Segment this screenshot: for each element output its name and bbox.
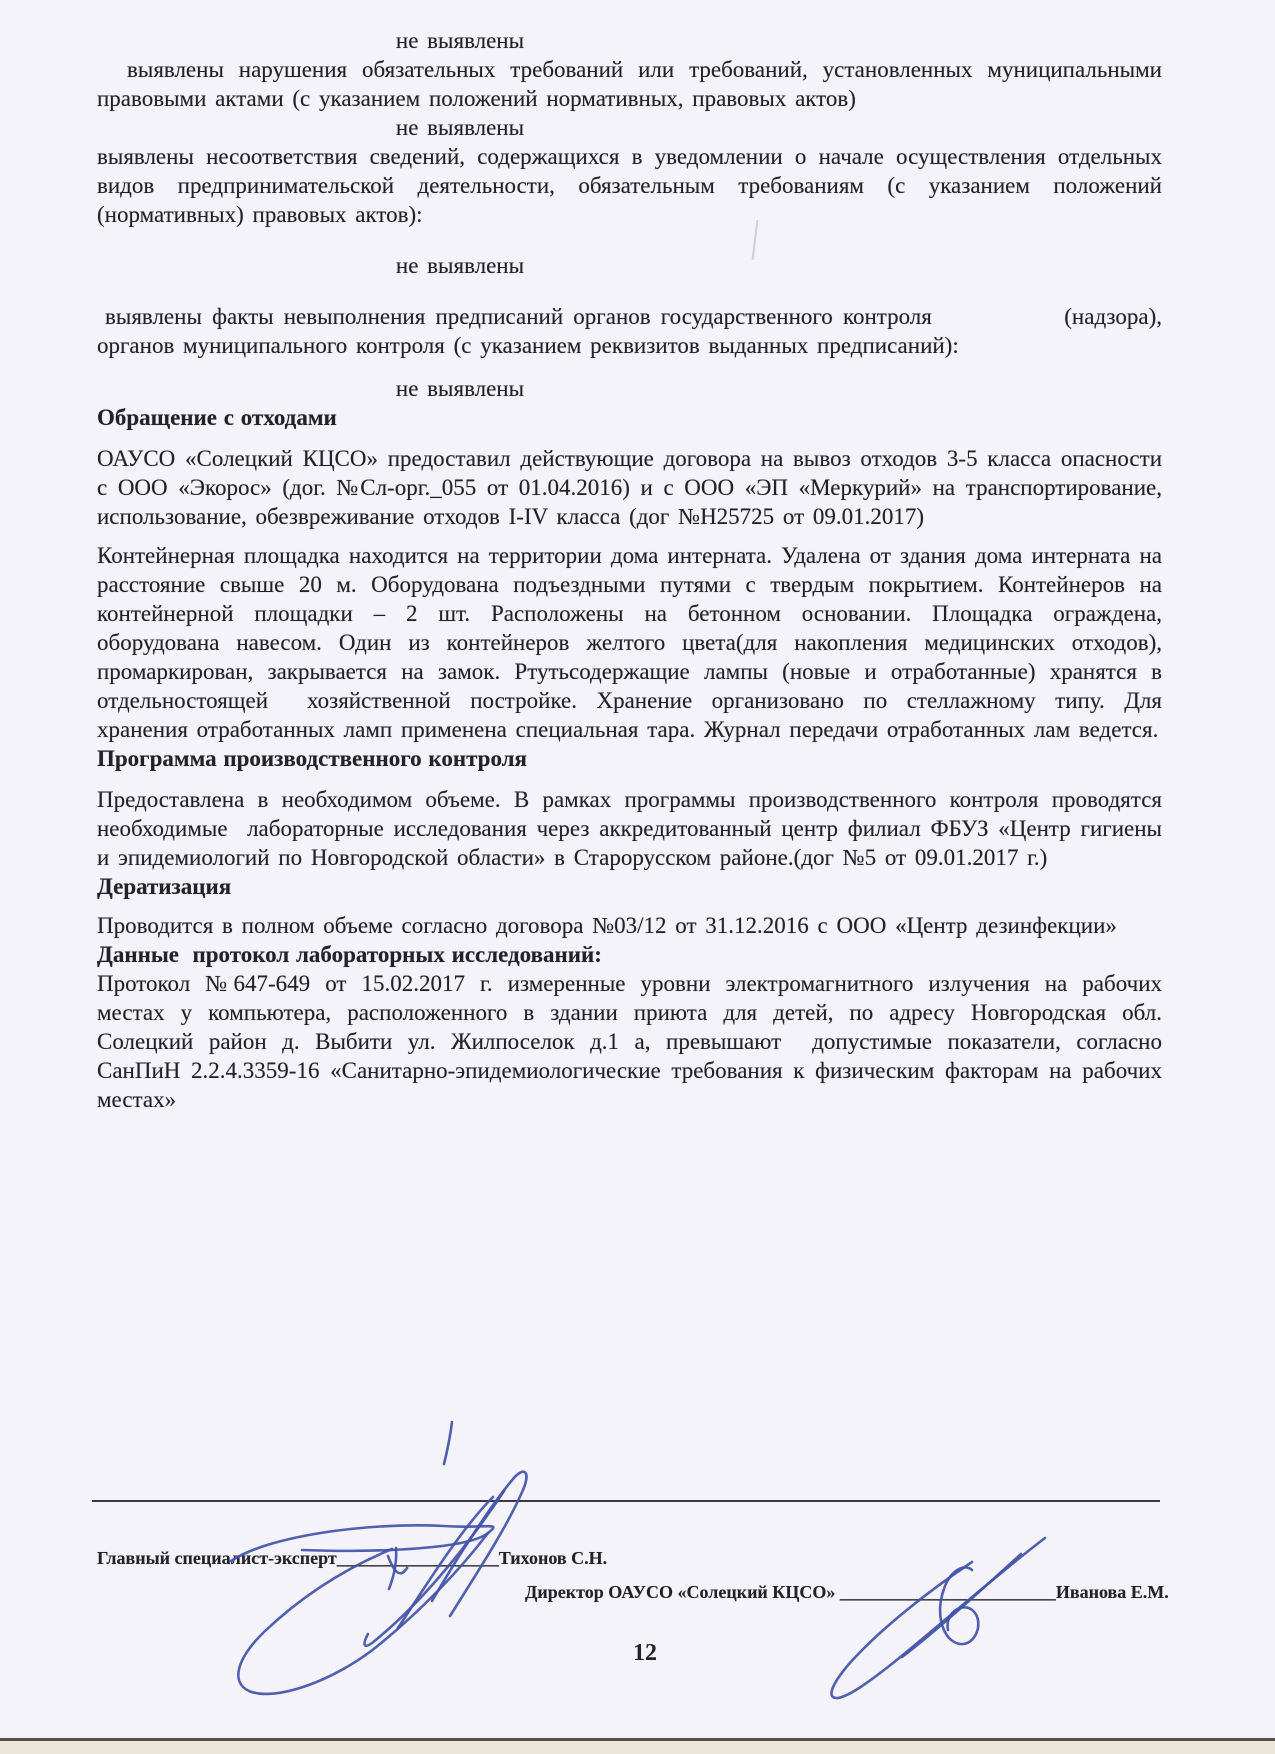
paragraph-deratization: Проводится в полном объеме согласно дого…: [97, 911, 1162, 940]
document-body: не выявлены выявлены нарушения обязатель…: [97, 26, 1162, 1114]
director-signature-row: Директор ОАУСО «Солецкий КЦСО» _________…: [525, 1582, 1169, 1603]
scan-bottom-strip: [0, 1741, 1275, 1754]
signature-rule-line: [92, 1500, 1160, 1502]
section-heading-production-control: Программа производственного контроля: [97, 744, 1162, 773]
director-title-label: Директор ОАУСО «Солецкий КЦСО»: [525, 1582, 835, 1602]
director-name: Иванова Е.М.: [1056, 1582, 1169, 1602]
paragraph-waste-contracts: ОАУСО «Солецкий КЦСО» предоставил действ…: [97, 444, 1162, 531]
finding-not-detected-2: не выявлены: [97, 113, 823, 142]
section-heading-deratization: Дератизация: [97, 872, 1162, 901]
section-heading-lab-protocols: Данные протокол лабораторных исследовани…: [97, 940, 1162, 969]
paragraph-production-control: Предоставлена в необходимом объеме. В ра…: [97, 785, 1162, 872]
paragraph-waste-site: Контейнерная площадка находится на терри…: [97, 541, 1162, 744]
paragraph-violations: выявлены нарушения обязательных требован…: [97, 55, 1162, 113]
finding-not-detected-1: не выявлены: [97, 26, 823, 55]
expert-signature-row: Главный специалист-эксперт______________…: [97, 1548, 607, 1569]
expert-title-label: Главный специалист-эксперт: [97, 1548, 337, 1568]
paragraph-lab-protocols: Протокол №647-649 от 15.02.2017 г. измер…: [97, 969, 1162, 1114]
director-signature-blank: ________________________: [840, 1582, 1056, 1602]
finding-not-detected-4: не выявлены: [97, 374, 823, 403]
scanned-document-page: не выявлены выявлены нарушения обязатель…: [0, 0, 1275, 1754]
paragraph-facts: выявлены факты невыполнения предписаний …: [97, 302, 1162, 360]
page-number: 12: [615, 1640, 675, 1667]
expert-name: Тихонов С.Н.: [499, 1548, 607, 1568]
finding-not-detected-3: не выявлены: [97, 251, 823, 280]
section-heading-waste: Обращение с отходами: [97, 403, 1162, 432]
expert-signature-blank: __________________: [337, 1548, 499, 1568]
director-handwritten-signature: [831, 1538, 1045, 1698]
paragraph-mismatch: выявлены несоответствия сведений, содерж…: [97, 142, 1162, 229]
